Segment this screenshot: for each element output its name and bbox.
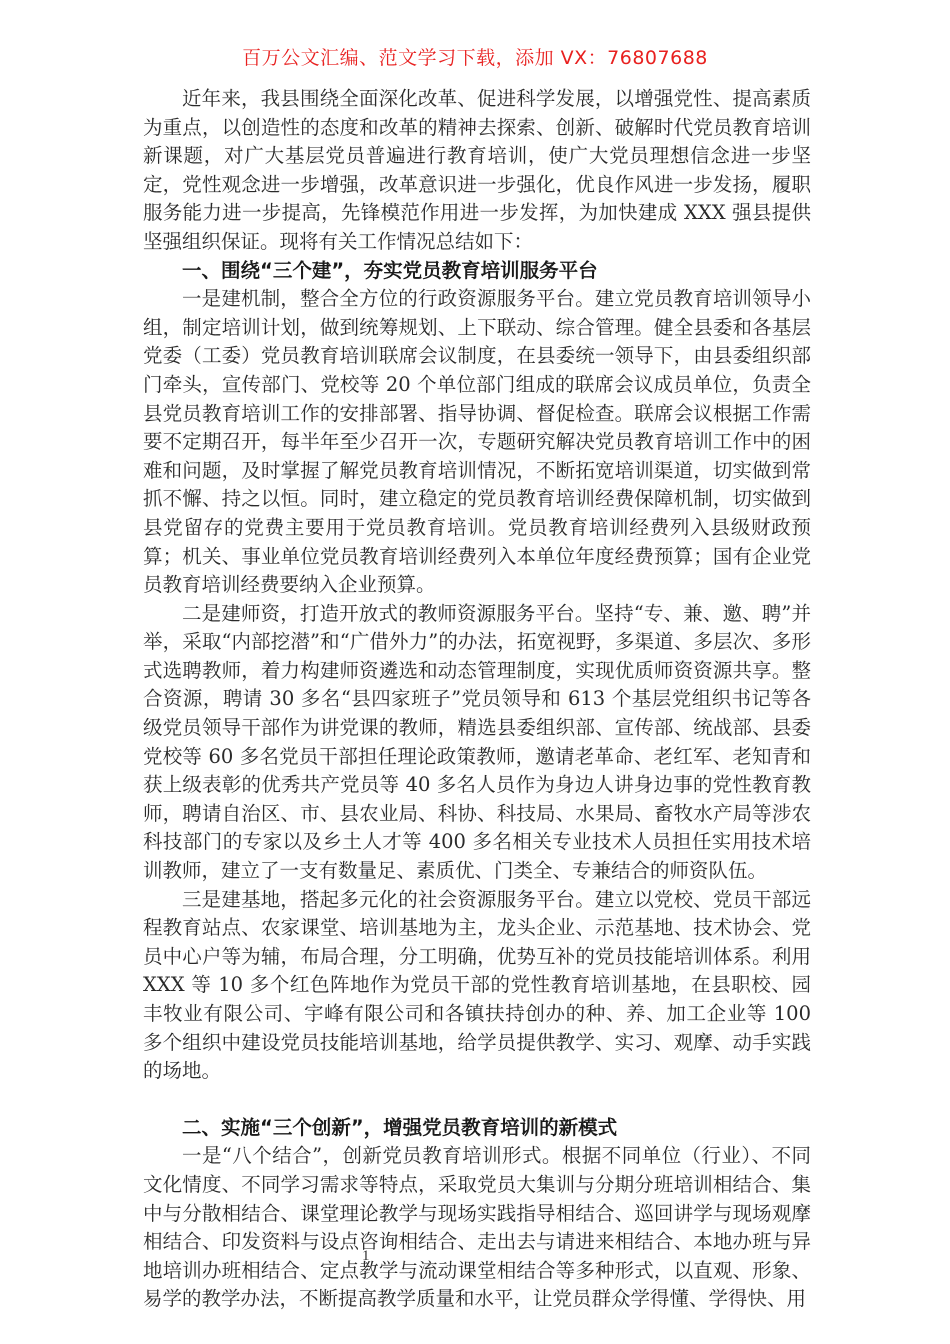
section-heading-2: 二、实施“三个创新”，增强党员教育培训的新模式: [143, 1114, 811, 1143]
section-2-paragraph-1: 一是“八个结合”，创新党员教育培训形式。根据不同单位（行业）、不同文化情度、不同…: [143, 1142, 811, 1314]
section-heading-1: 一、围绕“三个建”，夯实党员教育培训服务平台: [143, 257, 811, 286]
document-page: 百万公文汇编、范文学习下载，添加 VX：76807688 近年来，我县围绕全面深…: [0, 0, 950, 1344]
intro-paragraph: 近年来，我县围绕全面深化改革、促进科学发展，以增强党性、提高素质为重点，以创造性…: [143, 85, 811, 257]
header-banner: 百万公文汇编、范文学习下载，添加 VX：76807688: [0, 44, 950, 72]
document-body: 近年来，我县围绕全面深化改革、促进科学发展，以增强党性、提高素质为重点，以创造性…: [143, 85, 811, 1314]
section-1-paragraph-2: 二是建师资，打造开放式的教师资源服务平台。坚持“专、兼、邀、聘”并举，采取“内部…: [143, 600, 811, 886]
section-spacer: [143, 1086, 811, 1114]
section-1-paragraph-3: 三是建基地，搭起多元化的社会资源服务平台。建立以党校、党员干部远程教育站点、农家…: [143, 886, 811, 1086]
page-number: 1: [362, 1248, 370, 1265]
section-1-paragraph-1: 一是建机制，整合全方位的行政资源服务平台。建立党员教育培训领导小组，制定培训计划…: [143, 285, 811, 600]
